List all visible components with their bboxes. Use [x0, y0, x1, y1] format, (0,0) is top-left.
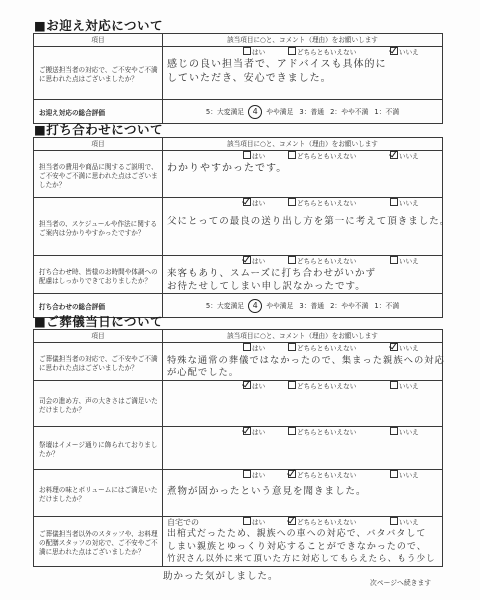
option-label-no: いいえ [399, 49, 419, 57]
column-header-item: 項目 [34, 138, 163, 151]
comment-line[interactable]: 煮物が固かったという意見を聞きました。 [163, 485, 442, 499]
comment-line[interactable]: 竹沢さん以外に来て頂いた方に対応してもらえたら、もう少し [163, 553, 442, 565]
answer-options: はい どちらともいえない いいえ [163, 427, 442, 438]
comment-line[interactable]: 感じの良い担当者で、アドバイスも具体的に [163, 58, 442, 72]
checkbox-no[interactable] [390, 47, 398, 55]
checkbox-no[interactable] [390, 470, 398, 478]
option-label-neutral: どちらともいえない [297, 472, 356, 480]
answer-options: はい どちらともいえない いいえ [163, 470, 442, 481]
checkbox-neutral[interactable] [288, 47, 296, 55]
checkbox-yes[interactable] [243, 517, 251, 525]
section-title-funeral-day: ■ご葬儀当日について [34, 312, 163, 330]
option-label-no: いいえ [399, 258, 419, 266]
option-label-yes: はい [252, 49, 265, 57]
option-label-neutral: どちらともいえない [297, 49, 356, 57]
comment-line[interactable]: わかりやすかったです。 [163, 162, 442, 176]
answer-cell: はい どちらともいえない いいえ 感じの良い担当者で、アドバイスも具体的に して… [163, 47, 443, 100]
checkbox-no[interactable] [390, 517, 398, 525]
column-header-item: 項目 [34, 330, 163, 343]
answer-cell: はい どちらともいえない いいえ [163, 381, 443, 427]
answer-cell: はい どちらともいえない いいえ [163, 427, 443, 470]
checkbox-yes[interactable] [243, 381, 251, 389]
comment-overflow-line[interactable]: 助かった気がしました。 [163, 568, 279, 582]
option-label-no: いいえ [399, 200, 419, 208]
comment-line[interactable]: 父にとっての最良の送り出し方を第一に考えて頂きました。 [163, 215, 442, 229]
question: ご搬送担当者の対応で、ご不安やご不満に思われた点はございましたか？ [34, 47, 163, 100]
comment-line[interactable]: しまい親族とゆっくり対応することができなかったので、 [163, 541, 442, 554]
option-label-neutral: どちらともいえない [297, 429, 356, 437]
comment-line[interactable]: していただき、安心できました。 [163, 72, 442, 86]
answer-cell: はい どちらともいえない いいえ わかりやすかったです。 [163, 151, 443, 198]
answer-cell: はい どちらともいえない いいえ 父にとっての最良の送り出し方を第一に考えて頂き… [163, 198, 443, 256]
rating-3[interactable]: 3：普通 [299, 302, 324, 310]
option-label-yes: はい [252, 153, 265, 161]
checkbox-neutral[interactable] [288, 198, 296, 206]
column-header-item: 項目 [34, 34, 163, 47]
answer-cell: はい どちらともいえない いいえ 煮物が固かったという意見を聞きました。 [163, 470, 443, 517]
comment-line[interactable]: お待たせしてしまい申し訳なかったです。 [163, 280, 442, 293]
option-label-no: いいえ [399, 383, 419, 391]
section-title-pickup: ■お迎え対応について [34, 16, 163, 34]
question: ご葬儀担当者以外のスタッフや、お料理の配膳スタッフの対応で、ご不安やご不満に思わ… [34, 517, 163, 567]
option-label-yes: はい [252, 519, 265, 527]
rating-scale[interactable]: 5：大変満足4やや満足3：普通2：やや不満1：不満 [163, 100, 443, 124]
checkbox-yes[interactable] [243, 151, 251, 159]
answer-options: はい どちらともいえない いいえ [163, 47, 442, 58]
rating-4-circled[interactable]: 4 [248, 299, 262, 313]
checkbox-neutral[interactable] [288, 470, 296, 478]
rating-2[interactable]: 2：やや不満 [330, 108, 368, 116]
rating-1[interactable]: 1：不満 [374, 302, 399, 310]
option-label-yes: はい [252, 345, 265, 353]
checkbox-yes[interactable] [243, 256, 251, 264]
rating-1[interactable]: 1：不満 [374, 108, 399, 116]
option-label-no: いいえ [399, 153, 419, 161]
checkbox-neutral[interactable] [288, 151, 296, 159]
checkbox-yes[interactable] [243, 47, 251, 55]
comment-line[interactable]: 出棺式だったため、親族への車への対応で、バタバタして [163, 528, 442, 541]
column-header-instruction: 該当項目に○と、コメント（理由）をお願いします [163, 138, 443, 151]
rating-2[interactable]: 2：やや不満 [330, 302, 368, 310]
checkbox-neutral[interactable] [288, 256, 296, 264]
option-label-no: いいえ [399, 519, 419, 527]
answer-options: 自宅での はい どちらともいえない いいえ [163, 517, 442, 528]
checkbox-yes[interactable] [243, 343, 251, 351]
meeting-table: 項目 該当項目に○と、コメント（理由）をお願いします 担当者の費用や商品に関する… [33, 137, 443, 318]
answer-options: はい どちらともいえない いいえ [163, 381, 442, 392]
option-label-neutral: どちらともいえない [297, 345, 356, 353]
checkbox-neutral[interactable] [288, 343, 296, 351]
question: 祭壇はイメージ通りに飾られておりましたか？ [34, 427, 163, 470]
answer-cell: はい どちらともいえない いいえ 特殊な通常の葬儀ではなかったので、集まった親族… [163, 343, 443, 381]
comment-prefix[interactable]: 自宅での [167, 517, 243, 528]
column-header-instruction: 該当項目に○と、コメント（理由）をお願いします [163, 34, 443, 47]
checkbox-no[interactable] [390, 151, 398, 159]
column-header-instruction: 該当項目に○と、コメント（理由）をお願いします [163, 330, 443, 343]
answer-options: はい どちらともいえない いいえ [163, 151, 442, 162]
option-label-yes: はい [252, 200, 265, 208]
answer-options: はい どちらともいえない いいえ [163, 198, 442, 209]
rating-4-circled[interactable]: 4 [248, 105, 262, 119]
rating-4-label: やや満足 [266, 108, 293, 116]
rating-5[interactable]: 5：大変満足 [206, 302, 244, 310]
question: お料理の味とボリュームにはご満足いただけましたか？ [34, 470, 163, 517]
option-label-no: いいえ [399, 429, 419, 437]
question: 担当者の費用や商品に関するご説明で、ご不安やご不満に思われた点はございましたか？ [34, 151, 163, 198]
option-label-no: いいえ [399, 345, 419, 353]
rating-4-label: やや満足 [266, 302, 293, 310]
option-label-yes: はい [252, 258, 265, 266]
checkbox-no[interactable] [390, 198, 398, 206]
checkbox-no[interactable] [390, 381, 398, 389]
question: 打ち合わせ時、皆様のお時間や体調への配慮はしっかりできておりましたか？ [34, 256, 163, 294]
option-label-neutral: どちらともいえない [297, 383, 356, 391]
question: ご葬儀担当者の対応で、ご不安やご不満に思われた点はございましたか？ [34, 343, 163, 381]
checkbox-no[interactable] [390, 343, 398, 351]
question: 司会の進め方、声の大きさはご満足いただけましたか？ [34, 381, 163, 427]
checkbox-no[interactable] [390, 256, 398, 264]
rating-3[interactable]: 3：普通 [299, 108, 324, 116]
option-label-neutral: どちらともいえない [297, 258, 356, 266]
option-label-no: いいえ [399, 472, 419, 480]
option-label-yes: はい [252, 472, 265, 480]
checkbox-yes[interactable] [243, 470, 251, 478]
funeral-day-table: 項目 該当項目に○と、コメント（理由）をお願いします ご葬儀担当者の対応で、ご不… [33, 329, 443, 567]
checkbox-yes[interactable] [243, 427, 251, 435]
comment-line[interactable]: 来客もあり、スムーズに打ち合わせがいかず [163, 267, 442, 280]
answer-cell: 自宅での はい どちらともいえない いいえ 出棺式だったため、親族への車への対応… [163, 517, 443, 567]
answer-cell: はい どちらともいえない いいえ 来客もあり、スムーズに打ち合わせがいかず お待… [163, 256, 443, 294]
comment-line[interactable]: が心配でした。 [163, 367, 442, 379]
rating-5[interactable]: 5：大変満足 [206, 108, 244, 116]
continue-next-page-note: 次ページへ続きます [370, 577, 431, 587]
section-title-meeting: ■打ち合わせについて [34, 120, 163, 138]
comment-line[interactable]: 特殊な通常の葬儀ではなかったので、集まった親族への対応 [163, 354, 442, 367]
checkbox-neutral[interactable] [288, 517, 296, 525]
option-label-yes: はい [252, 429, 265, 437]
question: 担当者の、スケジュールや作法に関するご案内は分かりやすかったですか？ [34, 198, 163, 256]
pickup-table: 項目 該当項目に○と、コメント（理由）をお願いします ご搬送担当者の対応で、ご不… [33, 33, 443, 124]
rating-scale[interactable]: 5：大変満足4やや満足3：普通2：やや不満1：不満 [163, 294, 443, 318]
checkbox-no[interactable] [390, 427, 398, 435]
option-label-neutral: どちらともいえない [297, 519, 356, 527]
checkbox-yes[interactable] [243, 198, 251, 206]
checkbox-neutral[interactable] [288, 427, 296, 435]
answer-options: はい どちらともいえない いいえ [163, 343, 442, 354]
option-label-neutral: どちらともいえない [297, 200, 356, 208]
option-label-yes: はい [252, 383, 265, 391]
option-label-neutral: どちらともいえない [297, 153, 356, 161]
checkbox-neutral[interactable] [288, 381, 296, 389]
answer-options: はい どちらともいえない いいえ [163, 256, 442, 267]
